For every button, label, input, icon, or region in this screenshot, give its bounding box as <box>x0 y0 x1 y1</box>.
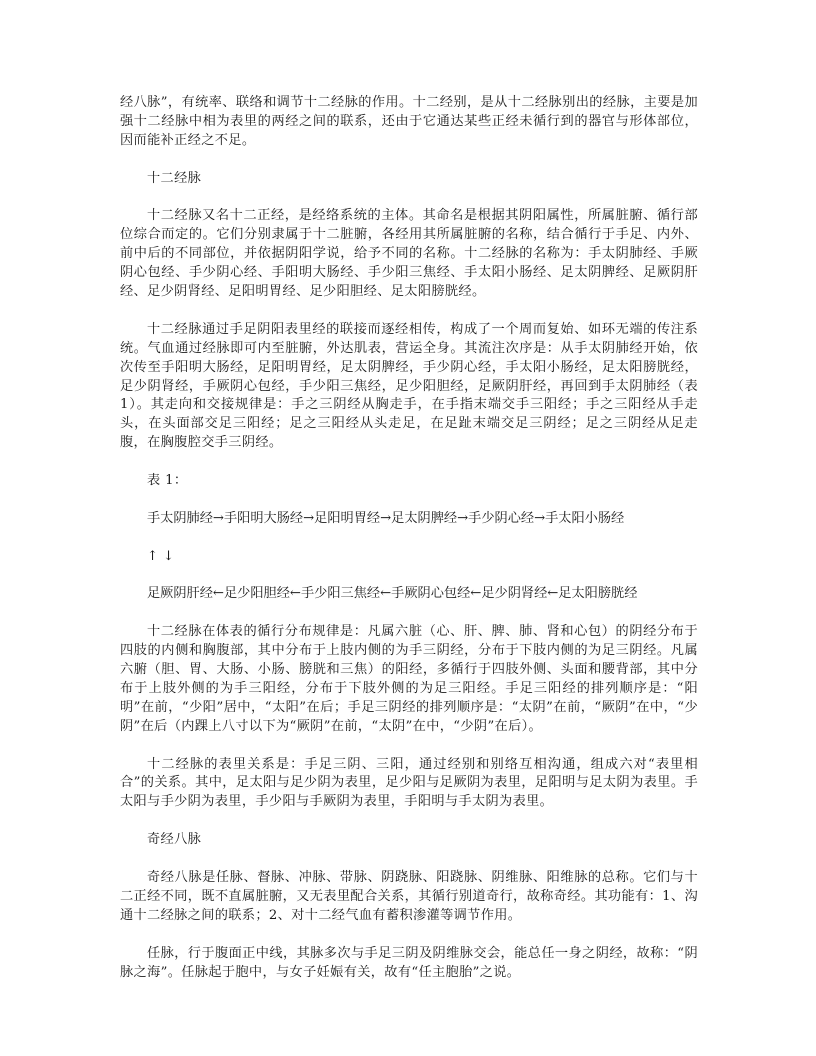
flow-row-bottom: 足厥阴肝经←足少阳胆经←手少阳三焦经←手厥阴心包经←足少阴肾经←足太阳膀胱经 <box>120 585 698 604</box>
paragraph-twelve-meridians-naming: 十二经脉又名十二正经，是经络系统的主体。其命名是根据其阴阳属性，所属脏腑、循行部… <box>120 207 698 302</box>
paragraph-eight-extra-meridians: 奇经八脉是任脉、督脉、冲脉、带脉、阴跷脉、阳跷脉、阴维脉、阳维脉的总称。它们与十… <box>120 869 698 926</box>
paragraph-distribution-rules: 十二经脉在体表的循行分布规律是：凡属六脏（心、肝、脾、肺、肾和心包）的阴经分布于… <box>120 623 698 736</box>
intro-continuation-paragraph: 经八脉”，有统率、联络和调节十二经脉的作用。十二经别，是从十二经脉别出的经脉，主… <box>120 94 698 151</box>
flow-arrows-up-down-icon: ↑ ↓ <box>120 548 698 567</box>
paragraph-exterior-interior: 十二经脉的表里关系是：手足三阴、三阳，通过经别和别络互相沟通，组成六对“表里相合… <box>120 756 698 813</box>
table-label: 表 1： <box>120 472 698 491</box>
section-heading-twelve-meridians: 十二经脉 <box>120 170 698 189</box>
paragraph-twelve-meridians-flow: 十二经脉通过手足阴阳表里经的联接而逐经相传，构成了一个周而复始、如环无端的传注系… <box>120 321 698 453</box>
paragraph-ren-meridian: 任脉，行于腹面正中线，其脉多次与手足三阴及阴维脉交会，能总任一身之阴经，故称：“… <box>120 945 698 983</box>
section-heading-eight-extra-meridians: 奇经八脉 <box>120 831 698 850</box>
flow-row-top: 手太阴肺经→手阳明大肠经→足阳明胃经→足太阴脾经→手少阴心经→手太阳小肠经 <box>120 510 698 529</box>
document-page: 经八脉”，有统率、联络和调节十二经脉的作用。十二经别，是从十二经脉别出的经脉，主… <box>120 94 698 1001</box>
